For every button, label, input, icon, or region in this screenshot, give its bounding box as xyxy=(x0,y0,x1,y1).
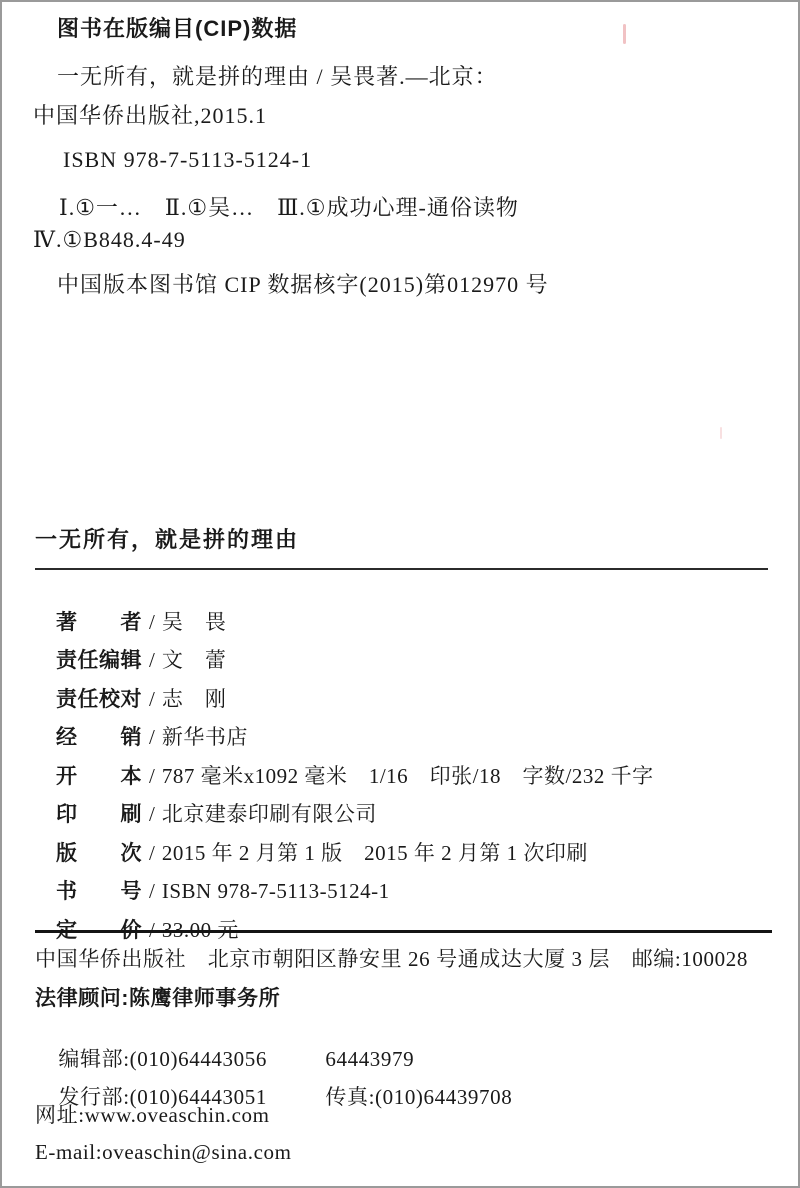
cip-record-number-line: 中国版本图书馆 CIP 数据核字(2015)第012970 号 xyxy=(57,273,549,297)
cip-header: 图书在版编目(CIP)数据 xyxy=(57,17,297,41)
scan-artifact xyxy=(720,427,722,439)
cip-publisher-line: 中国华侨出版社,2015.1 xyxy=(33,104,267,128)
cip-classification-line-2: Ⅳ.①B848.4-49 xyxy=(33,228,186,252)
divider-thick xyxy=(35,930,772,933)
cip-title-line: 一无所有，就是拼的理由 / 吴畏著.—北京： xyxy=(57,65,498,89)
publisher-address-line: 中国华侨出版社 北京市朝阳区静安里 26 号通成达大厦 3 层 邮编:10002… xyxy=(35,948,748,971)
cip-classification-line-1: Ⅰ.①一… Ⅱ.①吴… Ⅲ.①成功心理-通俗读物 xyxy=(59,196,519,220)
divider-thin xyxy=(35,568,768,570)
website-line: 网址:www.oveaschin.com xyxy=(35,1104,270,1127)
legal-counsel-line: 法律顾问:陈鹰律师事务所 xyxy=(35,987,280,1010)
cip-isbn-line: ISBN 978-7-5113-5124-1 xyxy=(63,148,312,172)
fax-number: 传真:(010)64439708 xyxy=(325,1085,512,1109)
email-line: E-mail:oveaschin@sina.com xyxy=(35,1141,292,1164)
book-copyright-page: 图书在版编目(CIP)数据 一无所有，就是拼的理由 / 吴畏著.—北京： 中国华… xyxy=(0,0,800,1188)
scan-artifact xyxy=(623,24,626,44)
book-title: 一无所有，就是拼的理由 xyxy=(35,528,299,552)
